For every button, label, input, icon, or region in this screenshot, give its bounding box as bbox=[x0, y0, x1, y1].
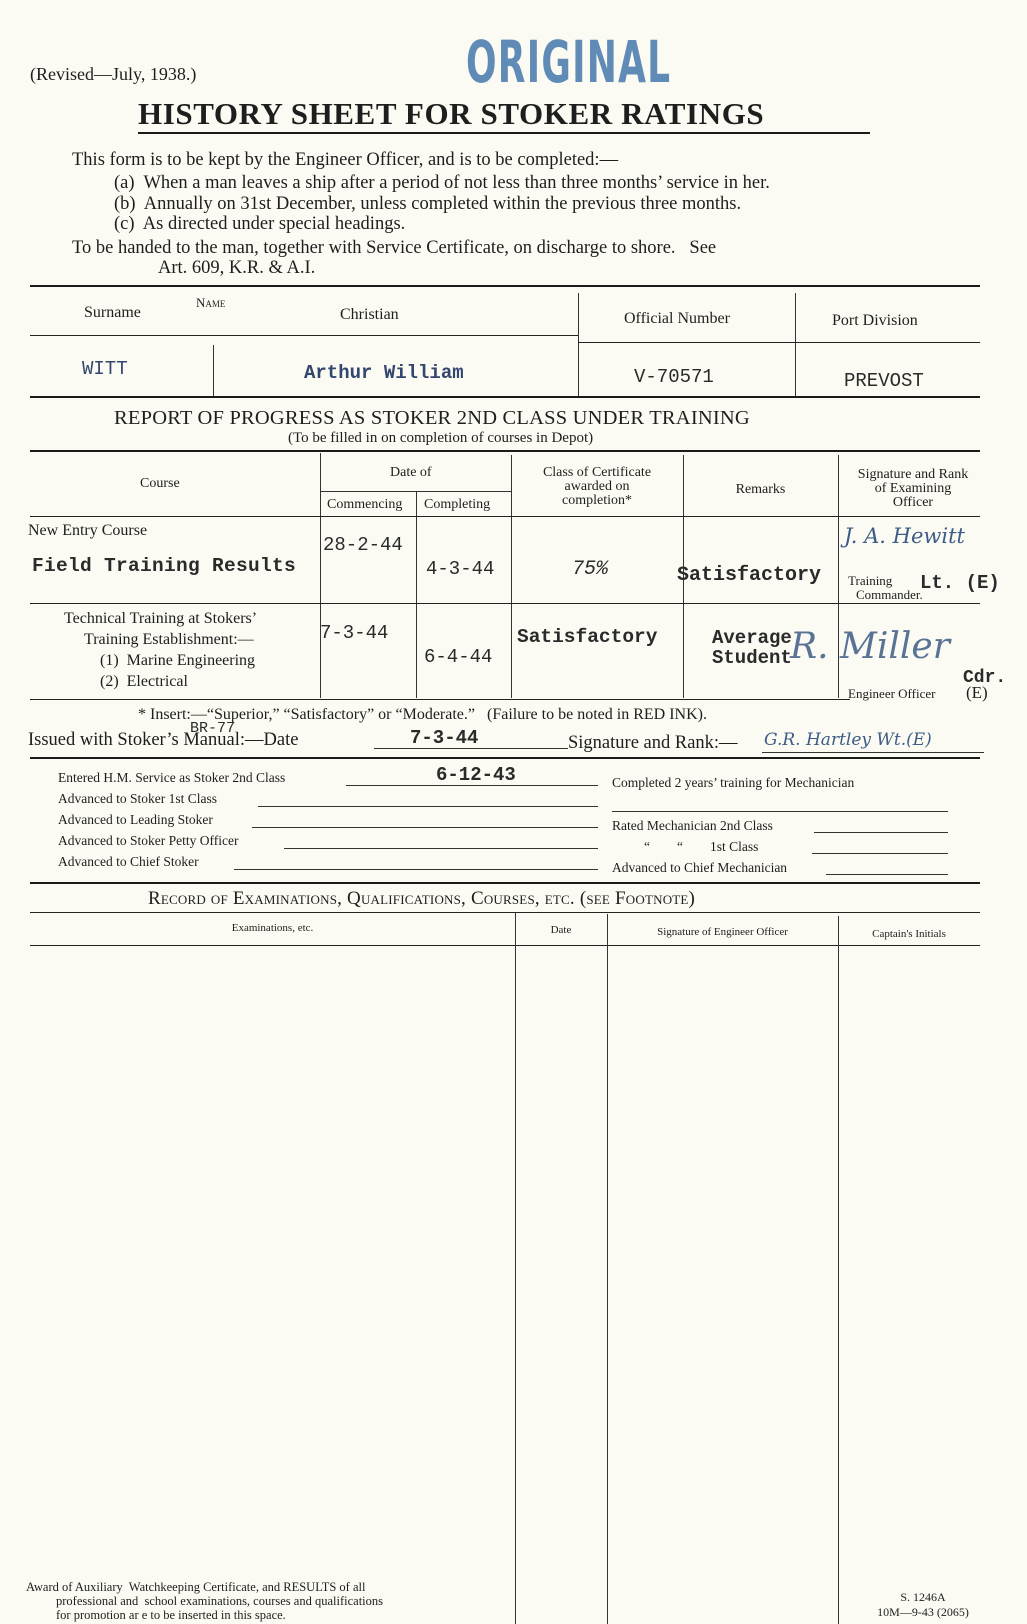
header-certificate-line-2: awarded on bbox=[511, 480, 683, 494]
form-code: S. 1246A 10M—9-43 (2065) bbox=[858, 1590, 988, 1620]
row1-rank-printed-line-2: Commander. bbox=[848, 588, 923, 602]
row1-rank-typed[interactable]: Lt. (E) bbox=[920, 572, 1000, 594]
row1-course-typed[interactable]: Field Training Results bbox=[32, 555, 296, 577]
row1-signature[interactable]: J. A. Hewitt bbox=[844, 524, 965, 548]
examinations-title: Record of Examinations, Qualifications, … bbox=[148, 888, 695, 910]
header-signature-line-3: Officer bbox=[838, 496, 988, 510]
row2-remarks-line-1: Average bbox=[712, 628, 792, 648]
header-certificate: Class of Certificate awarded on completi… bbox=[511, 466, 683, 508]
examinations-footnote: Award of Auxiliary Watchkeeping Certific… bbox=[26, 1580, 383, 1622]
row2-course-line-2: Training Establishment:— bbox=[60, 629, 257, 650]
row2-commencing[interactable]: 7-3-44 bbox=[320, 622, 388, 644]
progress-top-border bbox=[30, 450, 980, 452]
original-stamp: ORIGINAL bbox=[466, 28, 671, 96]
header-signature: Signature and Rank of Examining Officer bbox=[838, 468, 988, 510]
progress-bottom-border bbox=[30, 699, 850, 700]
manual-signature-line bbox=[762, 752, 984, 753]
row2-course-line-3: (1) Marine Engineering bbox=[60, 650, 257, 671]
header-signature-line-2: of Examining bbox=[838, 482, 988, 496]
date-of-underline bbox=[320, 491, 511, 492]
row2-remarks[interactable]: Average Student bbox=[712, 628, 792, 668]
header-exam-date: Date bbox=[515, 924, 607, 936]
row1-course-label: New Entry Course bbox=[28, 522, 147, 540]
service-right-3-line bbox=[814, 832, 948, 833]
row1-rank-printed-line-1: Training bbox=[848, 574, 923, 588]
examinations-body[interactable] bbox=[31, 947, 514, 1547]
official-number-value[interactable]: V-70571 bbox=[634, 366, 714, 388]
row2-course-line-4: (2) Electrical bbox=[60, 671, 257, 692]
header-course: Course bbox=[140, 476, 180, 492]
header-completing: Completing bbox=[424, 497, 490, 513]
header-official-number: Official Number bbox=[624, 310, 730, 328]
handover-article: Art. 609, K.R. & A.I. bbox=[158, 258, 315, 279]
manual-signature[interactable]: G.R. Hartley Wt.(E) bbox=[764, 730, 932, 750]
identity-bottom-border bbox=[30, 396, 980, 398]
form-title: HISTORY SHEET FOR STOKER RATINGS bbox=[138, 96, 764, 132]
manual-bottom-border bbox=[30, 757, 980, 759]
row2-rank-printed: Engineer Officer bbox=[848, 686, 935, 702]
header-commencing: Commencing bbox=[327, 497, 402, 513]
progress-col-divider-1 bbox=[320, 453, 321, 698]
examinations-footnote-line-1: Award of Auxiliary Watchkeeping Certific… bbox=[26, 1580, 383, 1594]
service-bottom-border bbox=[30, 882, 980, 884]
instructions-intro: This form is to be kept by the Engineer … bbox=[72, 150, 618, 171]
service-right-5-label: Advanced to Chief Mechanician bbox=[612, 860, 787, 876]
identity-divider-1 bbox=[578, 293, 579, 398]
service-left-5-line bbox=[234, 869, 598, 870]
header-captain-initials: Captain's Initials bbox=[838, 928, 980, 940]
header-date-of: Date of bbox=[390, 465, 432, 481]
header-christian: Christian bbox=[340, 306, 399, 324]
examinations-top-border bbox=[30, 912, 980, 913]
header-certificate-line-3: completion* bbox=[511, 494, 683, 508]
service-right-1-label: Completed 2 years’ training for Mechanic… bbox=[612, 775, 854, 791]
service-left-2-line bbox=[258, 806, 598, 807]
manual-issue-date[interactable]: 7-3-44 bbox=[410, 727, 478, 749]
identity-top-border bbox=[30, 285, 980, 287]
header-examinations: Examinations, etc. bbox=[30, 922, 515, 934]
instruction-b: (b) Annually on 31st December, unless co… bbox=[114, 194, 741, 215]
exam-date-body[interactable] bbox=[516, 947, 606, 1547]
name-group-label: Name bbox=[196, 295, 225, 311]
row2-remarks-line-2: Student bbox=[712, 648, 792, 668]
exam-initials-body[interactable] bbox=[839, 947, 979, 1547]
revised-date: (Revised—July, 1938.) bbox=[30, 64, 196, 85]
header-surname: Surname bbox=[84, 304, 141, 322]
service-left-1-line bbox=[346, 785, 598, 786]
header-remarks: Remarks bbox=[683, 482, 838, 498]
progress-header-border bbox=[30, 516, 980, 517]
service-left-2-label: Advanced to Stoker 1st Class bbox=[58, 791, 217, 807]
row2-rank-suffix: (E) bbox=[966, 683, 988, 703]
row1-certificate[interactable]: 75% bbox=[572, 558, 608, 581]
service-left-1-label: Entered H.M. Service as Stoker 2nd Class bbox=[58, 770, 285, 786]
service-left-4-label: Advanced to Stoker Petty Officer bbox=[58, 833, 238, 849]
identity-header-border-right bbox=[578, 342, 980, 343]
row2-certificate[interactable]: Satisfactory bbox=[517, 626, 657, 648]
row2-completing[interactable]: 6-4-44 bbox=[424, 646, 492, 668]
service-left-5-label: Advanced to Chief Stoker bbox=[58, 854, 199, 870]
handover-note: To be handed to the man, together with S… bbox=[72, 238, 716, 259]
instruction-c: (c) As directed under special headings. bbox=[114, 214, 405, 235]
row1-commencing[interactable]: 28-2-44 bbox=[323, 534, 403, 556]
identity-divider-2 bbox=[795, 293, 796, 398]
service-left-3-line bbox=[252, 827, 598, 828]
surname-value[interactable]: WITT bbox=[82, 358, 128, 380]
manual-issue-label: Issued with Stoker’s Manual:—Date bbox=[28, 730, 298, 751]
progress-report-subtitle: (To be filled in on completion of course… bbox=[288, 430, 593, 447]
exam-signature-body[interactable] bbox=[608, 947, 837, 1547]
christian-name-value[interactable]: Arthur William bbox=[304, 362, 464, 384]
row1-remarks[interactable]: Satisfactory bbox=[677, 564, 821, 587]
service-right-2-line bbox=[612, 811, 948, 812]
service-right-3-label: Rated Mechanician 2nd Class bbox=[612, 818, 773, 834]
form-print-code: 10M—9-43 (2065) bbox=[858, 1605, 988, 1620]
header-certificate-line-1: Class of Certificate bbox=[511, 466, 683, 480]
form-number: S. 1246A bbox=[858, 1590, 988, 1605]
identity-divider-name bbox=[213, 345, 214, 398]
header-engineer-signature: Signature of Engineer Officer bbox=[607, 926, 838, 938]
identity-header-border-left bbox=[30, 335, 578, 336]
service-right-4-label: “ “ 1st Class bbox=[644, 839, 758, 855]
manual-annotation: BR-77 bbox=[190, 720, 235, 737]
row2-signature[interactable]: R. Miller bbox=[790, 626, 950, 667]
row2-course-line-1: Technical Training at Stokers’ bbox=[60, 608, 257, 629]
service-right-5-line bbox=[826, 874, 948, 875]
header-signature-line-1: Signature and Rank bbox=[838, 468, 988, 482]
service-left-4-line bbox=[284, 848, 598, 849]
examinations-footnote-line-3: for promotion ar e to be inserted in thi… bbox=[26, 1608, 383, 1622]
port-division-value[interactable]: PREVOST bbox=[844, 370, 924, 392]
progress-report-title: REPORT OF PROGRESS AS STOKER 2ND CLASS U… bbox=[114, 407, 750, 430]
manual-signature-label: Signature and Rank:— bbox=[568, 733, 738, 754]
row1-completing[interactable]: 4-3-44 bbox=[426, 558, 494, 580]
header-port-division: Port Division bbox=[832, 312, 918, 330]
service-left-1-value[interactable]: 6-12-43 bbox=[436, 764, 516, 786]
progress-row-border bbox=[30, 603, 980, 604]
instruction-a: (a) When a man leaves a ship after a per… bbox=[114, 173, 770, 194]
service-left-3-label: Advanced to Leading Stoker bbox=[58, 812, 213, 828]
row2-course-lines: Technical Training at Stokers’ Training … bbox=[60, 608, 257, 692]
examinations-footnote-line-2: professional and school examinations, co… bbox=[26, 1594, 383, 1608]
title-underline bbox=[138, 132, 870, 134]
service-right-4-line bbox=[812, 853, 948, 854]
row1-rank-printed: Training Commander. bbox=[848, 574, 923, 602]
progress-col-divider-2 bbox=[416, 492, 417, 698]
